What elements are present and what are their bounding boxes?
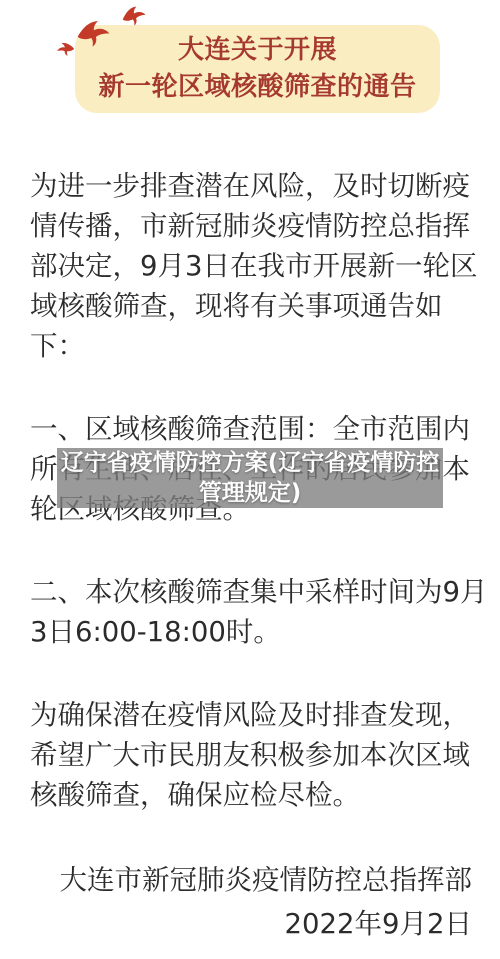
notice-title-box: 大连关于开展 新一轮区域核酸筛查的通告 xyxy=(75,25,440,113)
watermark-title-overlay: 辽宁省疫情防控方案(辽宁省疫情防控管理规定) xyxy=(57,448,443,508)
signature-block: 大连市新冠肺炎疫情防控总指挥部 2022年9月2日 xyxy=(30,858,472,946)
issuer-line: 大连市新冠肺炎疫情防控总指挥部 xyxy=(30,858,472,902)
notice-title-line2: 新一轮区域核酸筛查的通告 xyxy=(98,69,416,106)
paragraph-item-2-time: 二、本次核酸筛查集中采样时间为9月3日6:00-18:00时。 xyxy=(30,572,490,652)
bird-icon xyxy=(74,14,112,49)
watermark-title-text: 辽宁省疫情防控方案(辽宁省疫情防控管理规定) xyxy=(57,448,443,508)
bird-icon xyxy=(54,39,77,57)
paragraph-appeal: 为确保潜在疫情风险及时排查发现，希望广大市民朋友积极参加本次区域核酸筛查，确保应… xyxy=(30,695,490,815)
notice-header: 大连关于开展 新一轮区域核酸筛查的通告 xyxy=(0,0,500,113)
date-line: 2022年9月2日 xyxy=(30,902,472,946)
notice-body: 为进一步排查潜在风险，及时切断疫情传播，市新冠肺炎疫情防控总指挥部决定，9月3日… xyxy=(0,113,492,946)
paragraph-intro: 为进一步排查潜在风险，及时切断疫情传播，市新冠肺炎疫情防控总指挥部决定，9月3日… xyxy=(30,166,490,366)
notice-title-line1: 大连关于开展 xyxy=(178,32,337,69)
